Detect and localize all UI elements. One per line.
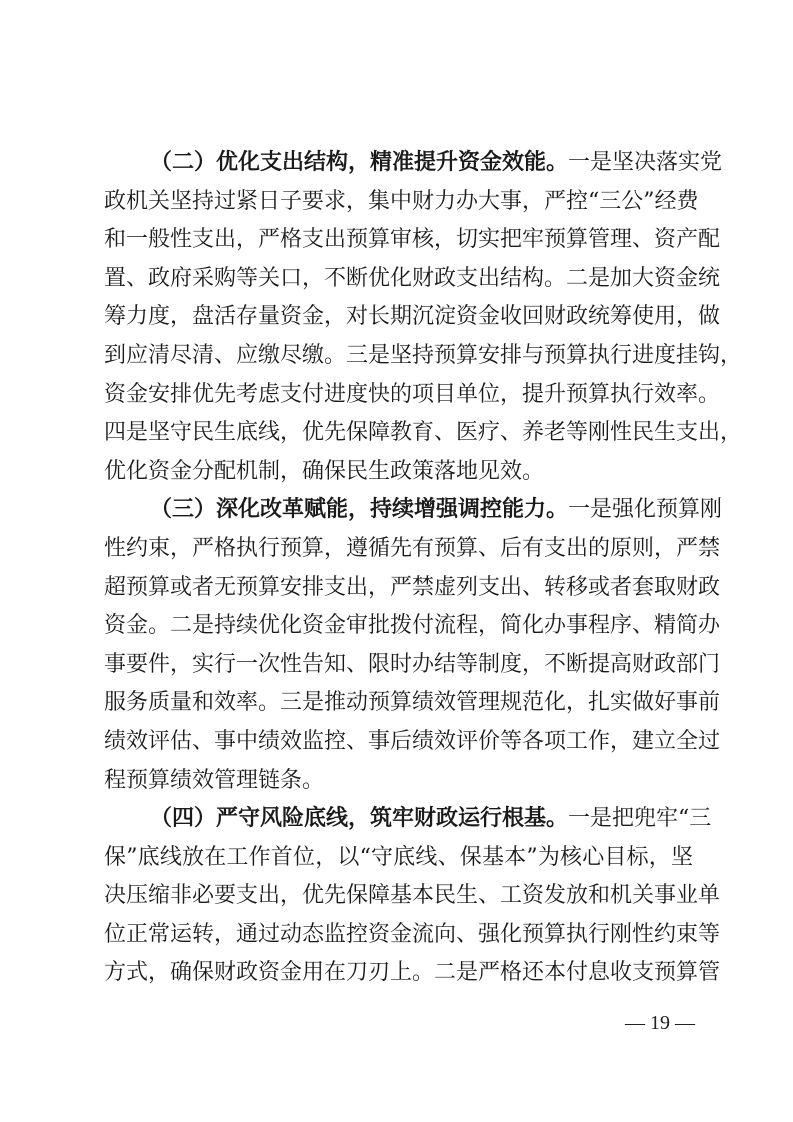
paragraph-line: 优化资金分配机制，确保民生政策落地见效。	[104, 453, 693, 492]
page-number: — 19 —	[600, 1012, 720, 1035]
paragraph-line: 资金。二是持续优化资金审批拨付流程，简化办事程序、精简办	[104, 607, 693, 646]
paragraph-line: 置、政府采购等关口，不断优化财政支出结构。二是加大资金统	[104, 260, 693, 299]
paragraph-line: 方式，确保财政资金用在刀刃上。二是严格还本付息收支预算管	[104, 954, 693, 993]
section-heading: （四）严守风险底线，筑牢财政运行根基。	[150, 806, 568, 831]
section-heading: （二）优化支出结构，精准提升资金效能。	[150, 150, 568, 175]
paragraph-line: 位正常运转，通过动态监控资金流向、强化预算执行刚性约束等	[104, 916, 693, 955]
paragraph-line: 决压缩非必要支出，优先保障基本民生、工资发放和机关事业单	[104, 877, 693, 916]
paragraph-line: 到应清尽清、应缴尽缴。三是坚持预算安排与预算执行进度挂钩，	[104, 337, 693, 376]
paragraph-section-4: （四）严守风险底线，筑牢财政运行根基。一是把兜牢“三 保”底线放在工作首位，以“…	[104, 800, 693, 993]
paragraph-line: 四是坚守民生底线，优先保障教育、医疗、养老等刚性民生支出，	[104, 414, 693, 453]
paragraph-line: 程预算绩效管理链条。	[104, 762, 693, 801]
paragraph-line: 资金安排优先考虑支付进度快的项目单位，提升预算执行效率。	[104, 376, 693, 415]
paragraph-section-3: （三）深化改革赋能，持续增强调控能力。一是强化预算刚 性约束，严格执行预算，遵循…	[104, 491, 693, 800]
paragraph-line: （二）优化支出结构，精准提升资金效能。一是坚决落实党	[104, 144, 693, 183]
paragraph-line: （三）深化改革赋能，持续增强调控能力。一是强化预算刚	[104, 491, 693, 530]
document-page: （二）优化支出结构，精准提升资金效能。一是坚决落实党 政机关坚持过紧日子要求，集…	[0, 0, 793, 1122]
paragraph-line: 性约束，严格执行预算，遵循先有预算、后有支出的原则，严禁	[104, 530, 693, 569]
paragraph-line: 保”底线放在工作首位，以“守底线、保基本”为核心目标，坚	[104, 839, 693, 878]
paragraph-line: 和一般性支出，严格支出预算审核，切实把牢预算管理、资产配	[104, 221, 693, 260]
paragraph-line: 超预算或者无预算安排支出，严禁虚列支出、转移或者套取财政	[104, 569, 693, 608]
paragraph-line: 筹力度，盘活存量资金，对长期沉淀资金收回财政统筹使用，做	[104, 298, 693, 337]
paragraph-line: 事要件，实行一次性告知、限时办结等制度，不断提高财政部门	[104, 646, 693, 685]
paragraph-line: 服务质量和效率。三是推动预算绩效管理规范化，扎实做好事前	[104, 684, 693, 723]
section-heading: （三）深化改革赋能，持续增强调控能力。	[150, 497, 568, 522]
paragraph-line: 政机关坚持过紧日子要求，集中财力办大事，严控“三公”经费	[104, 183, 693, 222]
paragraph-line: 绩效评估、事中绩效监控、事后绩效评价等各项工作，建立全过	[104, 723, 693, 762]
body-text: （二）优化支出结构，精准提升资金效能。一是坚决落实党 政机关坚持过紧日子要求，集…	[104, 144, 693, 993]
paragraph-section-2: （二）优化支出结构，精准提升资金效能。一是坚决落实党 政机关坚持过紧日子要求，集…	[104, 144, 693, 491]
paragraph-line: （四）严守风险底线，筑牢财政运行根基。一是把兜牢“三	[104, 800, 693, 839]
